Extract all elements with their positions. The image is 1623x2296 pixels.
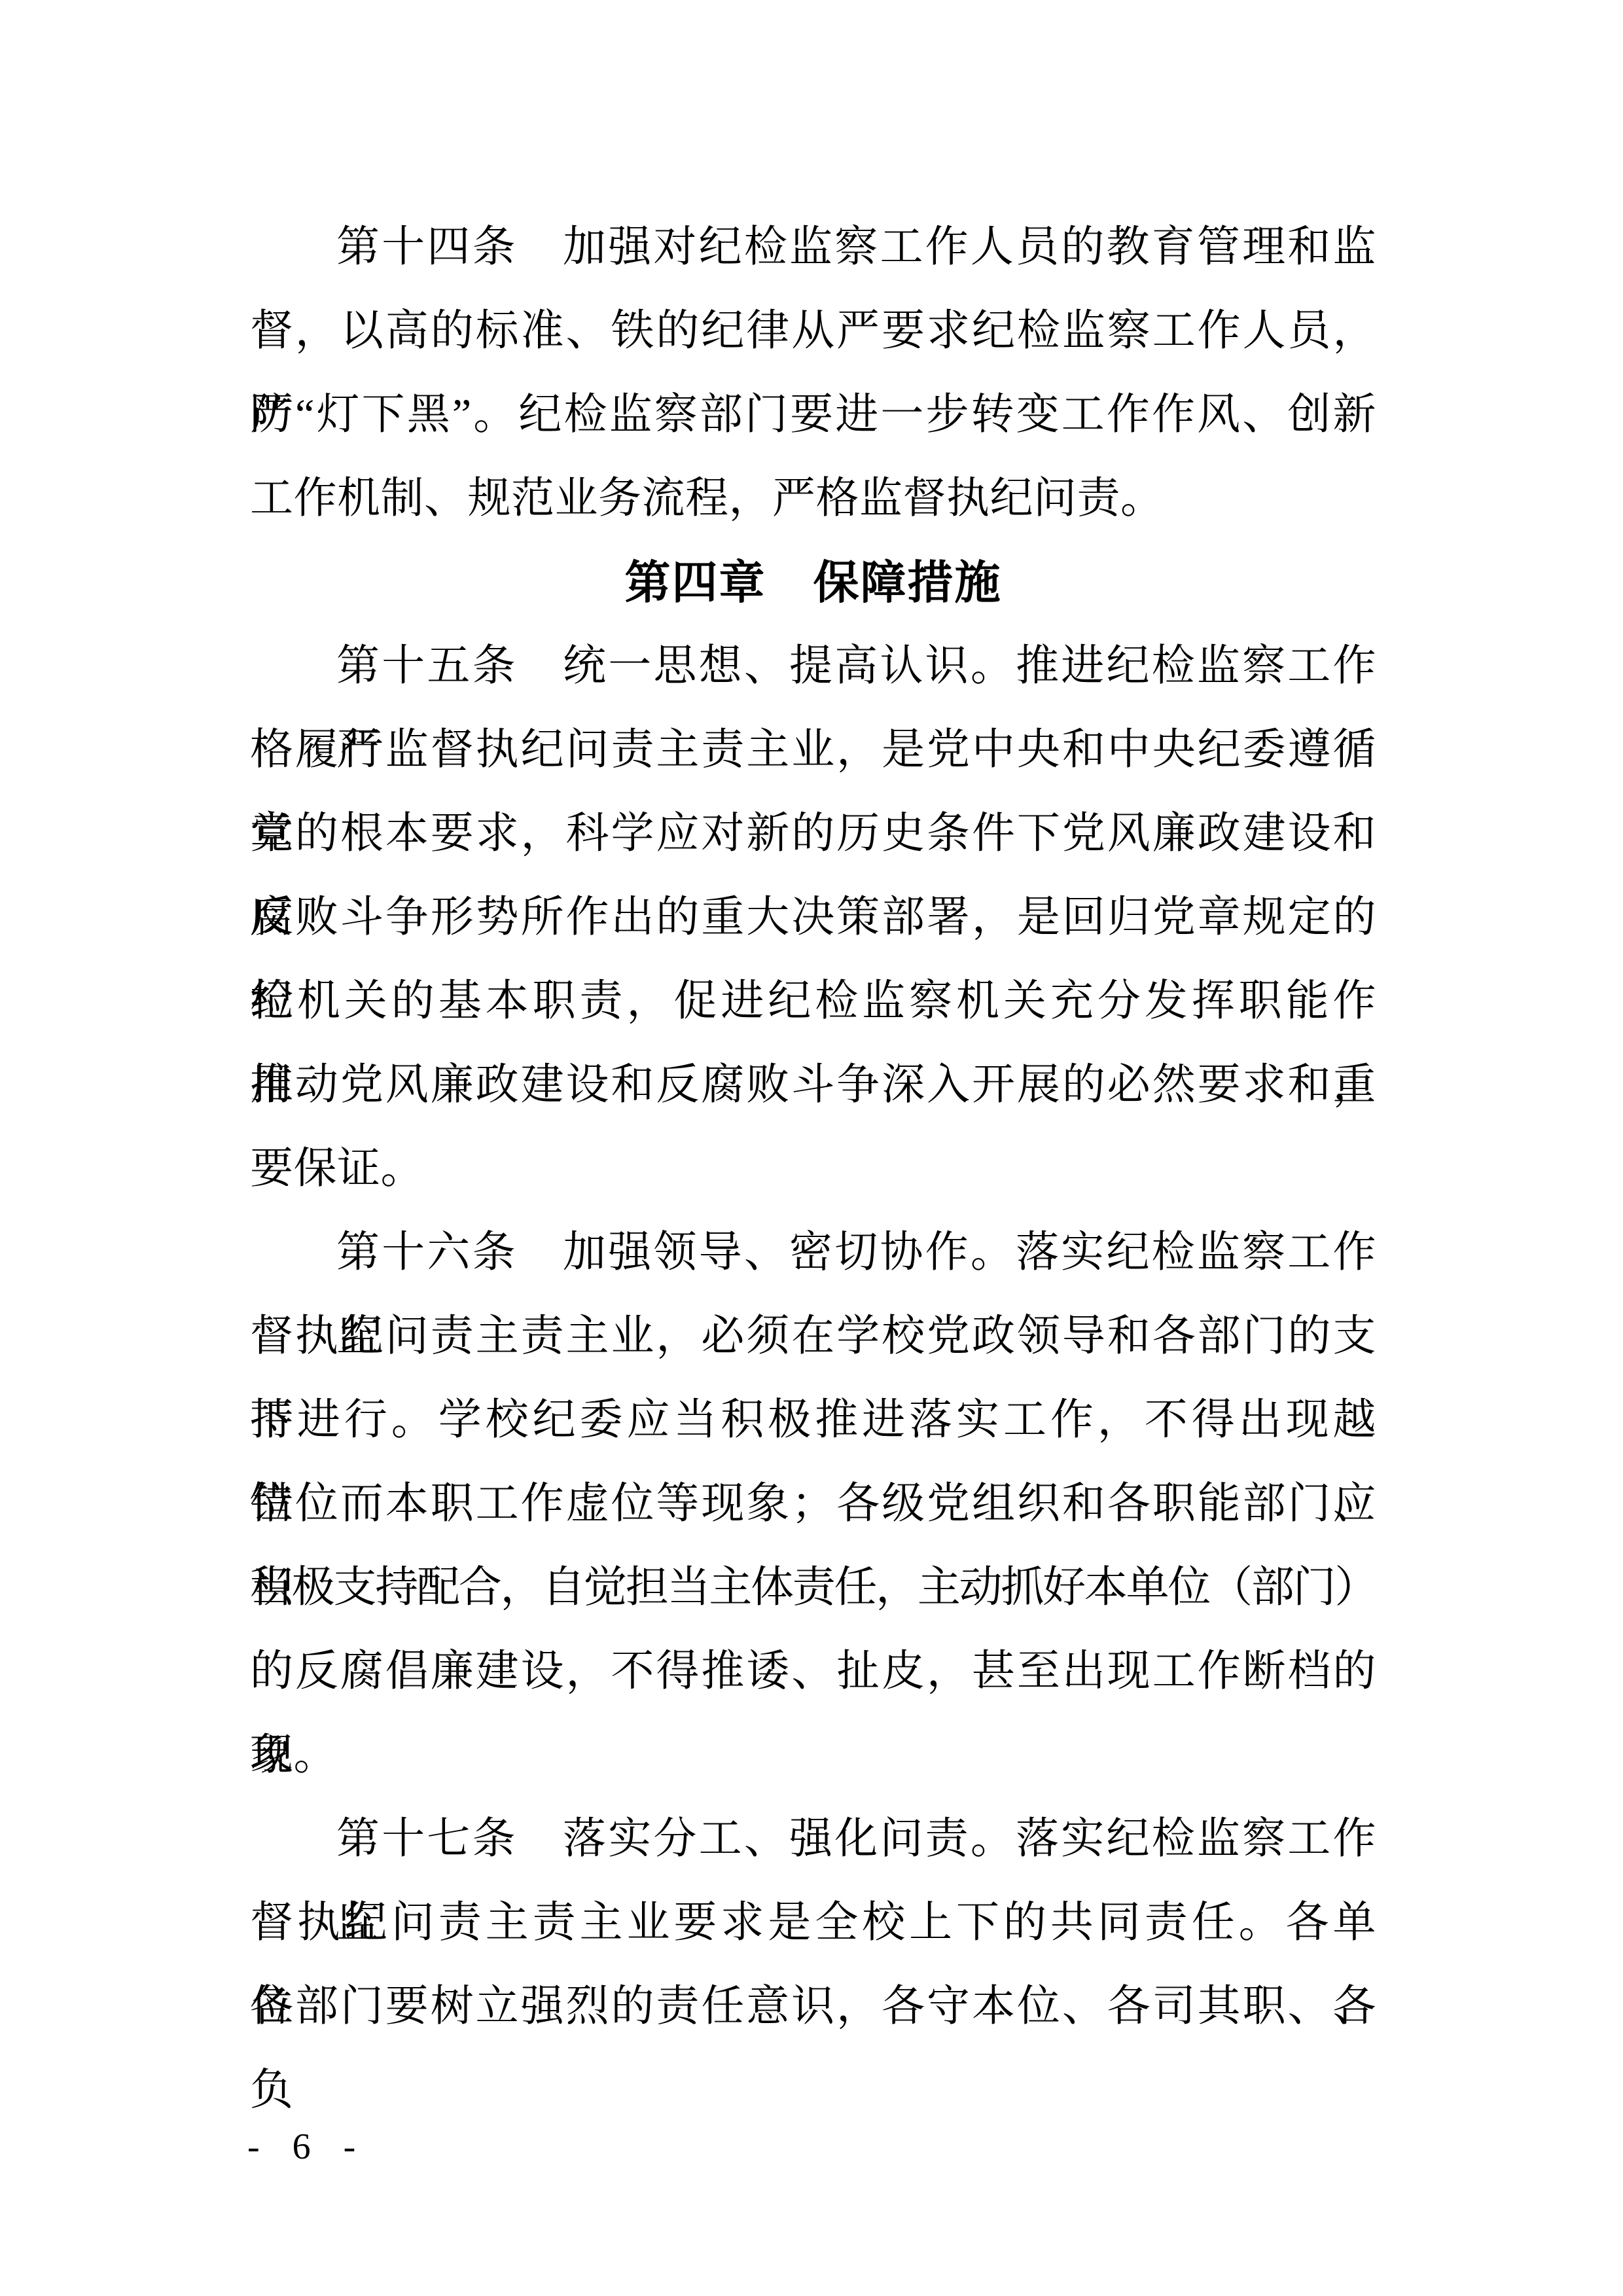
body-line: 第十五条 统一思想、提高认识。推进纪检监察工作严 <box>250 624 1376 708</box>
page-number: - 6 - <box>247 2126 365 2168</box>
body-line: 下进行。学校纪委应当积极推进落实工作，不得出现越位、 <box>250 1378 1376 1462</box>
body-line: 象。 <box>250 1713 1376 1797</box>
body-line: 工作机制、规范业务流程，严格监督执纪问责。 <box>250 457 1376 541</box>
body-line: 第十四条 加强对纪检监察工作人员的教育管理和监 <box>250 206 1376 289</box>
chapter-heading: 第四章 保障措施 <box>250 541 1376 624</box>
body-line: 督执纪问责主责主业，必须在学校党政领导和各部门的支持 <box>250 1295 1376 1378</box>
document-page: 第十四条 加强对纪检监察工作人员的教育管理和监 督，以高的标准、铁的纪律从严要求… <box>0 0 1623 2296</box>
body-line: 第十六条 加强领导、密切协作。落实纪检监察工作监 <box>250 1211 1376 1295</box>
body-line: 督，以高的标准、铁的纪律从严要求纪检监察工作人员，严 <box>250 289 1376 373</box>
body-line: 章的根本要求，科学应对新的历史条件下党风廉政建设和反 <box>250 792 1376 876</box>
body-line: 积极支持配合，自觉担当主体责任，主动抓好本单位（部门） <box>250 1546 1376 1630</box>
document-body: 第十四条 加强对纪检监察工作人员的教育管理和监 督，以高的标准、铁的纪律从严要求… <box>250 206 1376 2049</box>
body-line: 督执纪问责主责主业要求是全校上下的共同责任。各单位、 <box>250 1881 1376 1965</box>
body-line: 腐败斗争形势所作出的重大决策部署，是回归党章规定的纪 <box>250 876 1376 960</box>
body-line: 第十七条 落实分工、强化问责。落实纪检监察工作监 <box>250 1797 1376 1881</box>
body-line: 的反腐倡廉建设，不得推诿、扯皮，甚至出现工作断档的现 <box>250 1630 1376 1713</box>
body-line: 防“灯下黑”。纪检监察部门要进一步转变工作作风、创新 <box>250 373 1376 457</box>
body-line: 检机关的基本职责，促进纪检监察机关充分发挥职能作用， <box>250 960 1376 1043</box>
body-line: 格履行监督执纪问责主责主业，是党中央和中央纪委遵循党 <box>250 708 1376 792</box>
body-line: 各部门要树立强烈的责任意识，各守本位、各司其职、各负 <box>250 1965 1376 2049</box>
body-line: 错位而本职工作虚位等现象；各级党组织和各职能部门应当 <box>250 1462 1376 1546</box>
body-line: 要保证。 <box>250 1127 1376 1211</box>
body-line: 推动党风廉政建设和反腐败斗争深入开展的必然要求和重 <box>250 1043 1376 1127</box>
